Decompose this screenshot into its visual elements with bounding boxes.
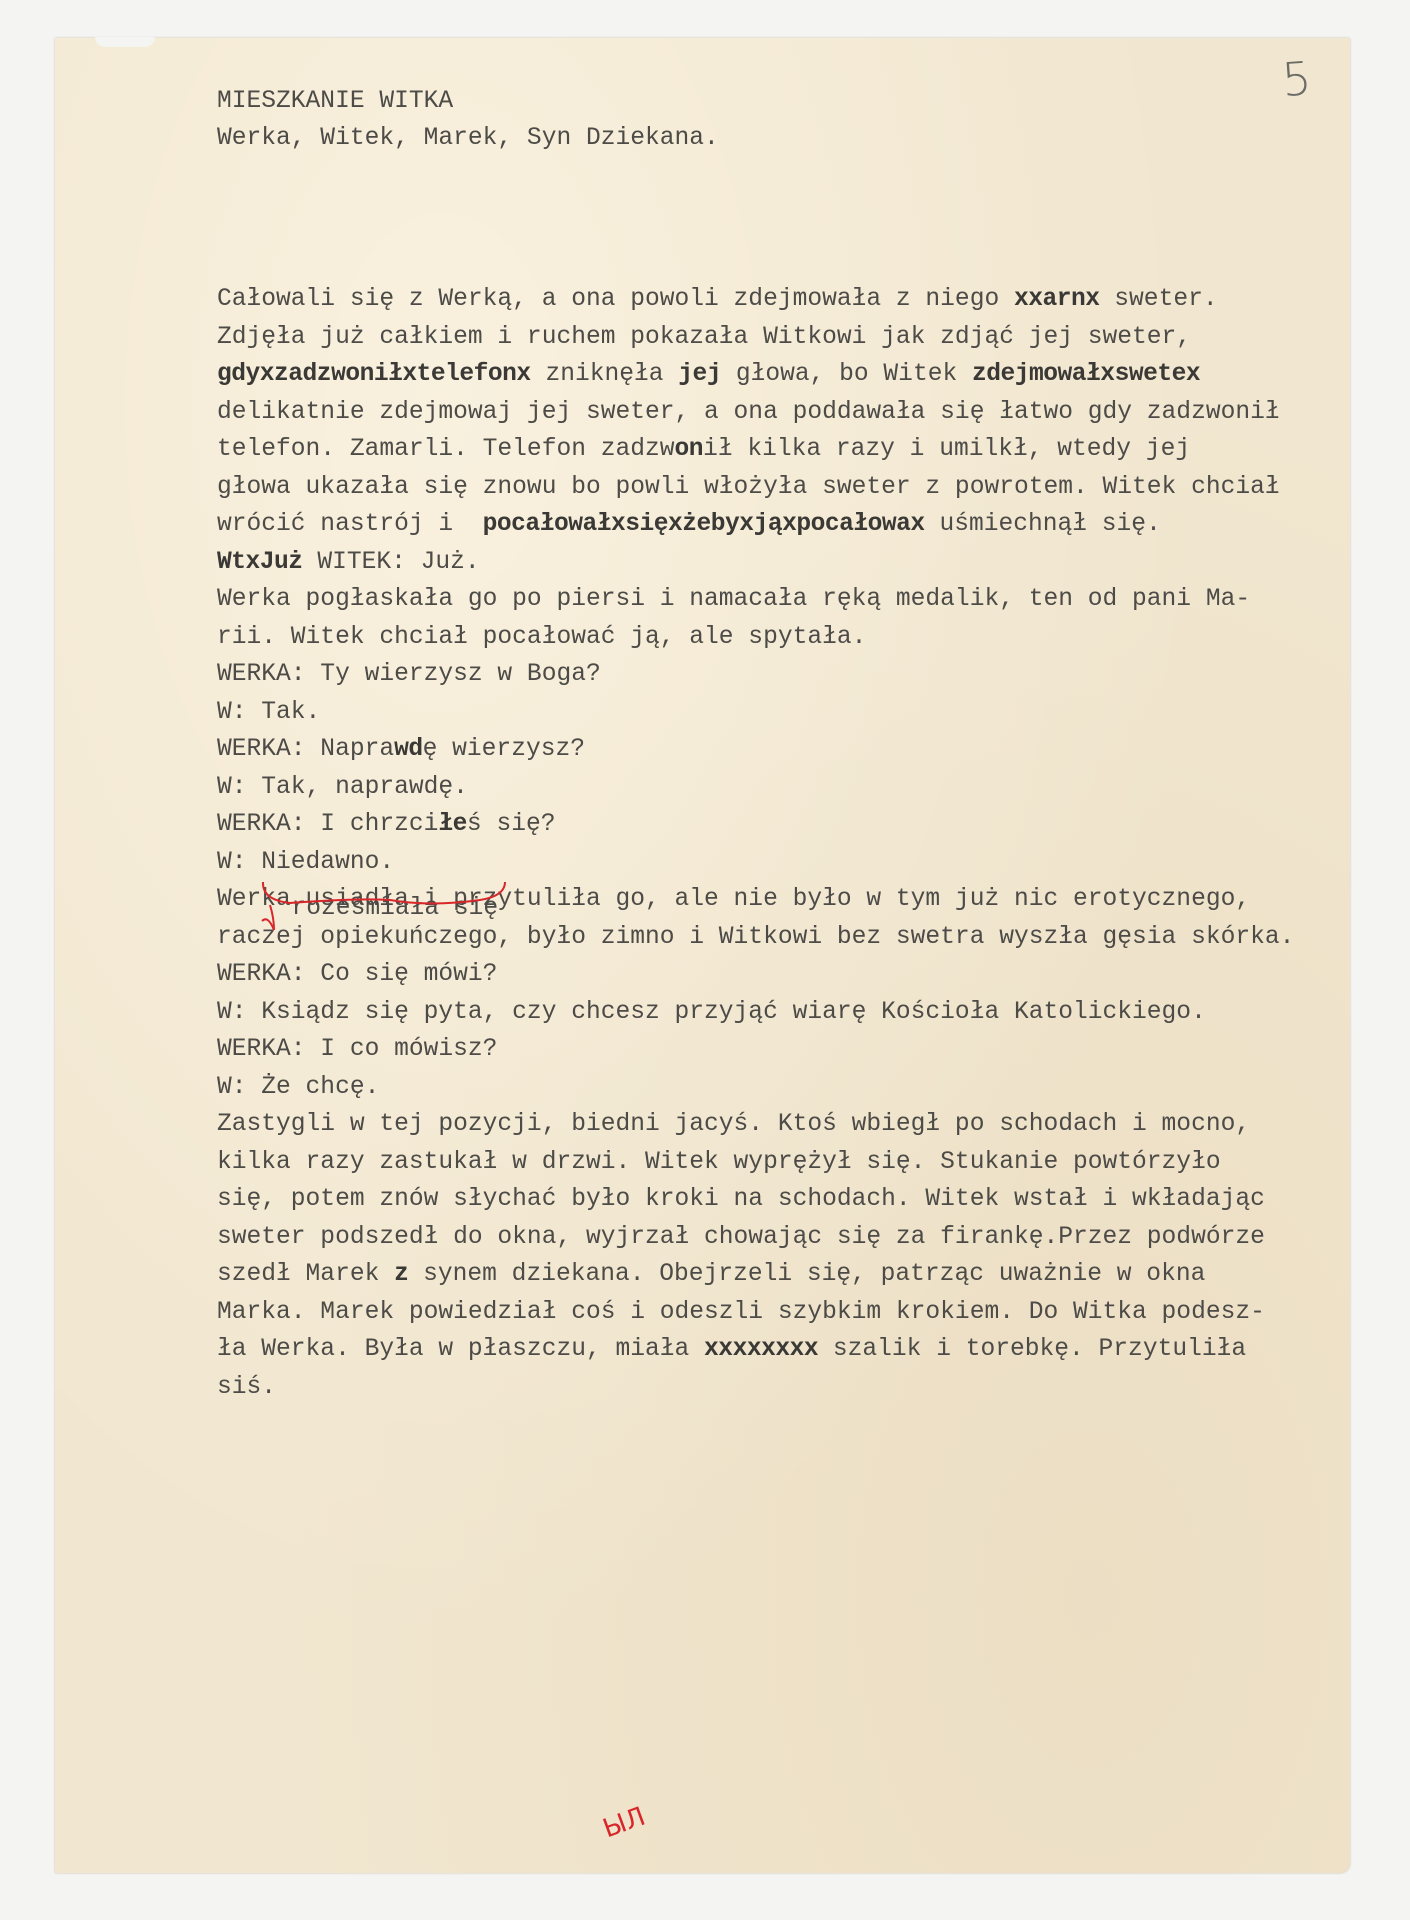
typed-line: gdyxzadzwoniłxtelefonx zniknęła jej głow… (217, 356, 1200, 394)
line-text: synem dziekana. Obejrzeli się, patrząc u… (408, 1261, 1205, 1288)
line-text: W: Tak, naprawdę. (217, 774, 468, 801)
typed-line: telefon. Zamarli. Telefon zadzwonił kilk… (217, 431, 1190, 469)
typed-line: W: Tak, naprawdę. (217, 769, 468, 807)
handwritten-insertion: roześmiała się (262, 868, 498, 922)
line-text: Zdjęła już całkiem i ruchem pokazała Wit… (217, 324, 1191, 351)
typed-line: rii. Witek chciał pocałować ją, ale spyt… (217, 619, 866, 657)
line-text: ił kilka razy i umilkł, wtedy jej (703, 436, 1190, 463)
struck-over-text: jej (678, 361, 721, 388)
typed-line: Zdjęła już całkiem i ruchem pokazała Wit… (217, 319, 1191, 357)
typed-line: ła Werka. Była w płaszczu, miała xxxxxxx… (217, 1331, 1246, 1369)
typed-line: delikatnie zdejmowaj jej sweter, a ona p… (217, 394, 1280, 432)
line-text: W: Ksiądz się pyta, czy chcesz przyjąć w… (217, 999, 1206, 1026)
typed-line: raczej opiekuńczego, było zimno i Witkow… (217, 919, 1294, 957)
line-text: WITEK: Już. (303, 549, 480, 576)
line-text: WERKA: Ty wierzysz w Boga? (217, 661, 601, 688)
line-text: sweter. (1100, 286, 1218, 313)
typed-line: Całowali się z Werką, a ona powoli zdejm… (217, 281, 1218, 319)
line-text: Całowali się z Werką, a ona powoli zdejm… (217, 286, 1014, 313)
line-text: Werka pogłaskała go po piersi i namacała… (217, 586, 1250, 613)
line-text: W: Że chcę. (217, 1074, 379, 1101)
line-text: ś się? (467, 811, 556, 838)
line-text: szalik i torebkę. Przytuliła (818, 1336, 1246, 1363)
line-text: się, potem znów słychać było kroki na sc… (217, 1186, 1265, 1213)
typed-line: W: Ksiądz się pyta, czy chcesz przyjąć w… (217, 994, 1206, 1032)
line-text: WERKA: I co mówisz? (217, 1036, 497, 1063)
line-text: Zastygli w tej pozycji, biedni jacyś. Kt… (217, 1111, 1250, 1138)
typed-line: WERKA: I chrzciłeś się? (217, 806, 555, 844)
typed-line: szedł Marek z synem dziekana. Obejrzeli … (217, 1256, 1205, 1294)
line-text: szedł Marek (217, 1261, 394, 1288)
typed-line: głowa ukazała się znowu bo powli włożyła… (217, 469, 1280, 507)
line-text: Marka. Marek powiedział coś i odeszli sz… (217, 1299, 1265, 1326)
typed-line: Zastygli w tej pozycji, biedni jacyś. Kt… (217, 1106, 1250, 1144)
line-text: wrócić nastrój i (217, 511, 483, 538)
line-text: delikatnie zdejmowaj jej sweter, a ona p… (217, 399, 1280, 426)
handwritten-page-number: 5 (1280, 51, 1313, 107)
struck-over-text: z (394, 1261, 408, 1288)
line-text: telefon. Zamarli. Telefon zadzw (217, 436, 675, 463)
typed-line: Werka pogłaskała go po piersi i namacała… (217, 581, 1250, 619)
line-text: głowa ukazała się znowu bo powli włożyła… (217, 474, 1280, 501)
struck-over-text: gdyxzadzwoniłxtelefonx (217, 361, 531, 388)
paper-torn-edge (95, 37, 155, 47)
line-text: rii. Witek chciał pocałować ją, ale spyt… (217, 624, 866, 651)
typed-line: W: Tak. (217, 694, 320, 732)
line-text: ę wierzysz? (423, 736, 585, 763)
typed-line: wrócić nastrój i pocałowałxsięxżebyxjąxp… (217, 506, 1161, 544)
typed-line: WtxJuż WITEK: Już. (217, 544, 480, 582)
line-text: sweter podszedł do okna, wyjrzał chowają… (217, 1224, 1265, 1251)
typed-line: sweter podszedł do okna, wyjrzał chowają… (217, 1219, 1265, 1257)
struck-over-text: xxxxxxxx (704, 1336, 818, 1363)
line-text: WERKA: Co się mówi? (217, 961, 497, 988)
struck-over-text: on (675, 436, 704, 463)
typed-line: WERKA: Naprawdę wierzysz? (217, 731, 585, 769)
line-text: WERKA: Napra (217, 736, 394, 763)
struck-over-text: pocałowałxsięxżebyxjąxpocałowax (483, 511, 925, 538)
typed-line: się, potem znów słychać było kroki na sc… (217, 1181, 1265, 1219)
typed-line: siś. (217, 1369, 276, 1407)
inserted-text: roześmiała się (292, 895, 499, 922)
line-text: uśmiechnął się. (925, 511, 1161, 538)
struck-over-text: WtxJuż (217, 549, 303, 576)
line-text: zniknęła (531, 361, 679, 388)
typed-line: W: Że chcę. (217, 1069, 379, 1107)
struck-over-text: xxarnx (1014, 286, 1100, 313)
header-characters: Werka, Witek, Marek, Syn Dziekana. (217, 125, 719, 152)
line-text: głowa, bo Witek (721, 361, 972, 388)
typed-line: Marka. Marek powiedział coś i odeszli sz… (217, 1294, 1265, 1332)
line-text: raczej opiekuńczego, było zimno i Witkow… (217, 924, 1294, 951)
typed-line: WERKA: I co mówisz? (217, 1031, 497, 1069)
header-title: MIESZKANIE WITKA (217, 88, 453, 115)
struck-over-text: zdejmowałxswetex (972, 361, 1200, 388)
line-text: W: Tak. (217, 699, 320, 726)
line-text: kilka razy zastukał w drzwi. Witek wyprę… (217, 1149, 1221, 1176)
typed-line: WERKA: Ty wierzysz w Boga? (217, 656, 601, 694)
line-text: WERKA: I chrzci (217, 811, 438, 838)
typed-line: WERKA: Co się mówi? (217, 956, 497, 994)
struck-over-text: łe (438, 811, 467, 838)
struck-over-text: wd (394, 736, 423, 763)
typed-line: kilka razy zastukał w drzwi. Witek wyprę… (217, 1144, 1221, 1182)
line-text: ła Werka. Była w płaszczu, miała (217, 1336, 704, 1363)
line-text: siś. (217, 1374, 276, 1401)
